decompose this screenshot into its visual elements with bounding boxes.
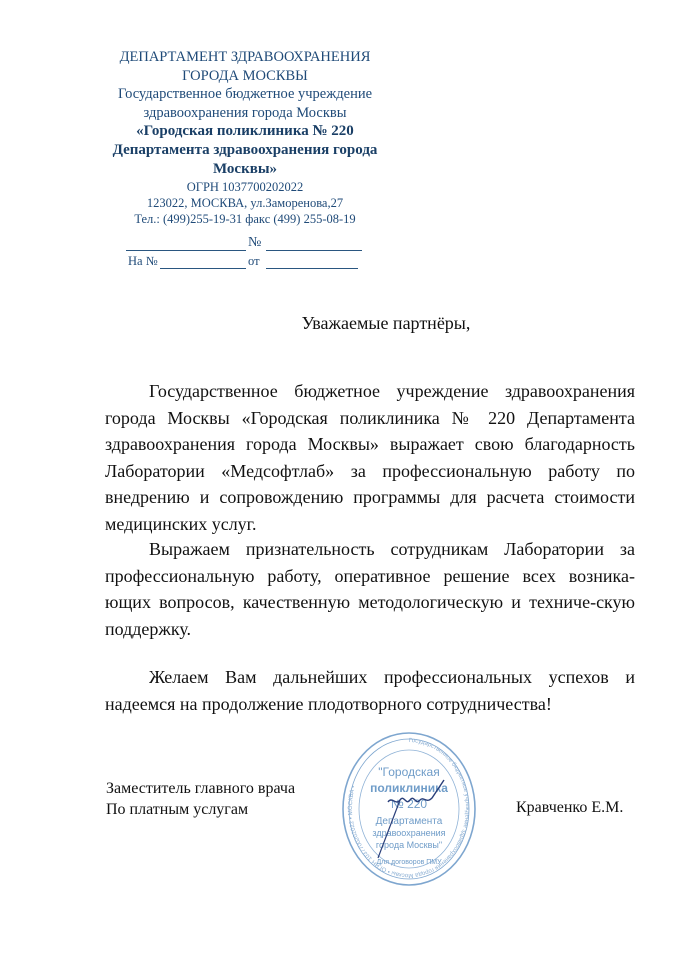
letterhead: ДЕПАРТАМЕНТ ЗДРАВООХРАНЕНИЯ ГОРОДА МОСКВ… [100, 48, 390, 227]
signatory-name: Кравченко Е.М. [516, 799, 623, 817]
paragraph-3: Желаем Вам дальнейших профессиональных у… [105, 664, 635, 717]
outgoing-number-line [266, 250, 362, 251]
institution-name-3: Москвы» [100, 160, 390, 179]
signatory-title-line2: По платным услугам [106, 799, 295, 820]
outgoing-date-line [126, 250, 246, 251]
number-label: № [248, 235, 261, 251]
ogrn: ОГРН 1037700202022 [100, 179, 390, 195]
svg-text:Для договоров ПМУ: Для договоров ПМУ [376, 859, 442, 866]
svg-text:здравоохранения: здравоохранения [372, 828, 445, 838]
reply-date-line [266, 268, 358, 269]
reply-number-label: На № [128, 254, 158, 269]
institution-name: «Городская поликлиника № 220 [100, 122, 390, 141]
stamp-icon: Государственное бюджетное учреждение здр… [340, 730, 478, 888]
paragraph-1: Государственное бюджетное учреждение здр… [105, 378, 635, 537]
greeting: Уважаемые партнёры, [0, 313, 682, 334]
reply-number-line [160, 268, 246, 269]
signatory-title-line1: Заместитель главного врача [106, 778, 295, 799]
paragraph-2: Выражаем признательность сотрудникам Лаб… [105, 536, 635, 642]
from-label: от [248, 254, 260, 269]
institution-name-2: Департамента здравоохранения города [100, 141, 390, 160]
department-name: ДЕПАРТАМЕНТ ЗДРАВООХРАНЕНИЯ [100, 48, 390, 67]
svg-text:поликлиника: поликлиника [370, 781, 448, 795]
address: 123022, МОСКВА, ул.Заморенова,27 [100, 195, 390, 211]
svg-text:"Городская: "Городская [378, 765, 439, 779]
department-city: ГОРОДА МОСКВЫ [100, 67, 390, 86]
svg-text:города Москвы": города Москвы" [376, 840, 442, 850]
official-stamp: Государственное бюджетное учреждение здр… [340, 730, 478, 888]
paragraph-1-text: Государственное бюджетное учреждение здр… [105, 381, 635, 534]
signatory-title: Заместитель главного врача По платным ус… [106, 778, 295, 820]
svg-text:Департамента: Департамента [376, 816, 443, 827]
paragraph-2-text: Выражаем признательность сотрудникам Лаб… [105, 539, 635, 639]
institution-type: Государственное бюджетное учреждение [100, 85, 390, 104]
paragraph-3-text: Желаем Вам дальнейших профессиональных у… [105, 667, 635, 714]
phone-fax: Тел.: (499)255-19-31 факс (499) 255-08-1… [100, 211, 390, 227]
institution-type-2: здравоохранения города Москвы [100, 104, 390, 123]
